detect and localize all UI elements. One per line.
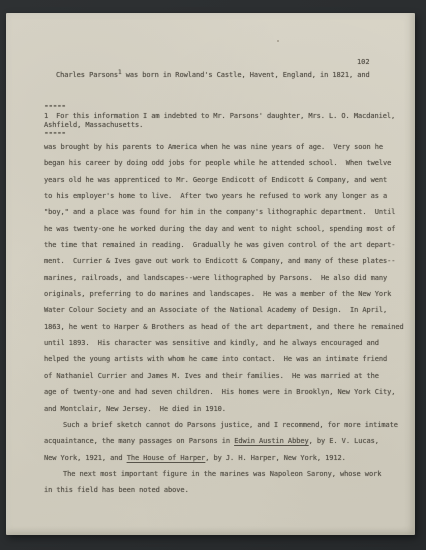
text-line: age of twenty-one and had seven children…	[44, 384, 411, 400]
text-line: Such a brief sketch cannot do Parsons ju…	[44, 417, 411, 433]
footnote-marker-superscript: 1	[118, 69, 122, 76]
text-line: began his career by doing odd jobs for p…	[44, 155, 411, 171]
text-segment: , by E. V. Lucas,	[309, 437, 379, 445]
footnote-separator-top: -----	[44, 101, 66, 110]
scan-background: 102 Charles Parsons1 was born in Rowland…	[0, 0, 426, 550]
text-line: ment. Currier & Ives gave out work to En…	[44, 253, 411, 269]
paper-speck	[277, 40, 279, 42]
text-line: "boy," and a place was found for him in …	[44, 204, 411, 220]
text-line: acquaintance, the many passages on Parso…	[44, 433, 411, 449]
body-text: was brought by his parents to America wh…	[44, 139, 411, 499]
footnote-separator-bottom: -----	[44, 128, 66, 137]
footnote-text: For this information I am indebted to Mr…	[56, 112, 395, 120]
text-line: until 1893. His character was sensitive …	[44, 335, 411, 351]
text-line: to his employer's home to live. After tw…	[44, 188, 411, 204]
footnote-line: 1For this information I am indebted to M…	[44, 112, 409, 121]
text-line: 1863, he went to Harper & Brothers as he…	[44, 319, 411, 335]
book-title-house-of-harper: The House of Harper	[127, 454, 206, 462]
page-number: 102	[357, 58, 370, 66]
text-line: The next most important figure in the ma…	[44, 466, 411, 482]
text-line: in this field has been noted above.	[44, 482, 411, 498]
text-line: years old he was apprenticed to Mr. Geor…	[44, 172, 411, 188]
opening-line-rest: was born in Rowland's Castle, Havent, En…	[122, 71, 370, 79]
text-line: the time that remained in reading. Gradu…	[44, 237, 411, 253]
subject-name: Charles Parsons	[56, 71, 118, 79]
footnote-line: Ashfield, Massachusetts.	[44, 121, 409, 130]
text-line: originals, preferring to do marines and …	[44, 286, 411, 302]
text-line: New York, 1921, and The House of Harper,…	[44, 450, 411, 466]
text-line: and Montclair, New Jersey. He died in 19…	[44, 401, 411, 417]
opening-line: Charles Parsons1 was born in Rowland's C…	[44, 71, 370, 79]
text-segment: acquaintance, the many passages on Parso…	[44, 437, 234, 445]
text-segment: , by J. H. Harper, New York, 1912.	[205, 454, 346, 462]
text-line: helped the young artists with whom he ca…	[44, 351, 411, 367]
text-line: of Nathaniel Currier and James M. Ives a…	[44, 368, 411, 384]
footnote-block: 1For this information I am indebted to M…	[44, 112, 409, 131]
text-line: marines, railroads, and landscapes--were…	[44, 270, 411, 286]
text-line: he was twenty-one he worked during the d…	[44, 221, 411, 237]
text-line: was brought by his parents to America wh…	[44, 139, 411, 155]
paragraph-1: was brought by his parents to America wh…	[44, 139, 411, 417]
book-title-abbey: Edwin Austin Abbey	[234, 437, 308, 445]
paragraph-2: Such a brief sketch cannot do Parsons ju…	[44, 417, 411, 466]
text-line: Water Colour Society and an Associate of…	[44, 302, 411, 318]
footnote-number: 1	[44, 112, 48, 120]
manuscript-page: 102 Charles Parsons1 was born in Rowland…	[6, 13, 415, 535]
text-segment: New York, 1921, and	[44, 454, 127, 462]
paragraph-3: The next most important figure in the ma…	[44, 466, 411, 499]
